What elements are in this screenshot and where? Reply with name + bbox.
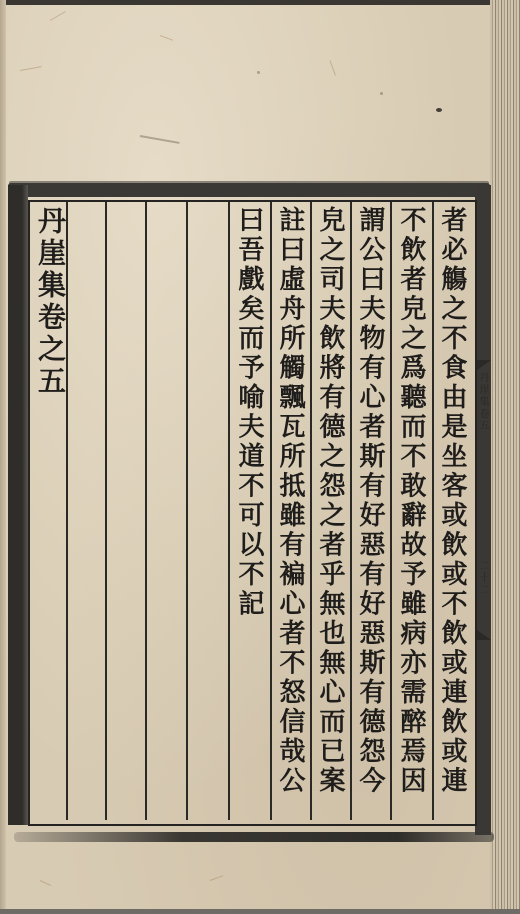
column-rule xyxy=(390,202,392,820)
scan-bottom-edge xyxy=(0,909,520,914)
printed-border-top xyxy=(8,183,490,197)
column-rule xyxy=(105,202,107,820)
text-column-6: 曰吾戲矣而予喻夫道不可以不記 xyxy=(231,206,267,619)
book-page: 者必觴之不食由是坐客或飲或不飲或連飲或連 不飲者皃之爲聽而不敢辭故予雖病亦需醉焉… xyxy=(0,0,520,914)
paper-fiber xyxy=(160,35,173,41)
scan-top-edge xyxy=(0,0,520,5)
text-column-5: 註曰虛舟所觸飄瓦所抵雖有褊心者不怒信哉公 xyxy=(272,206,308,796)
paper-stain xyxy=(140,135,180,144)
page-stack-edge xyxy=(490,0,520,914)
text-column-3: 謂公曰夫物有心者斯有好惡有好惡斯有德怨今 xyxy=(352,206,388,796)
column-rule xyxy=(186,202,188,820)
column-rule xyxy=(228,202,230,820)
column-rule xyxy=(145,202,147,820)
paper-fiber xyxy=(20,66,42,71)
text-column-4: 皃之司夫飲將有德之怨之者乎無也無心而已案 xyxy=(312,206,348,796)
text-column-2: 不飲者皃之爲聽而不敢辭故予雖病亦需醉焉因 xyxy=(393,206,429,796)
fold-fishtail-top xyxy=(477,360,491,370)
fold-fishtail-bottom xyxy=(477,630,491,640)
printed-border-bottom xyxy=(14,832,494,842)
ink-speck xyxy=(380,92,383,95)
paper-fiber xyxy=(50,11,66,21)
ink-speck xyxy=(257,71,260,74)
paper-fiber xyxy=(40,880,51,886)
paper-fiber xyxy=(210,875,223,881)
fold-page-number: 二十二 xyxy=(478,560,490,860)
paper-fiber xyxy=(330,60,336,75)
printed-border-left xyxy=(8,185,28,825)
volume-title: 丹崖集卷之五 xyxy=(32,206,68,398)
binding-edge xyxy=(0,0,6,914)
text-column-1: 者必觴之不食由是坐客或飲或不飲或連飲或連 xyxy=(434,206,470,796)
ink-speck xyxy=(436,108,442,112)
